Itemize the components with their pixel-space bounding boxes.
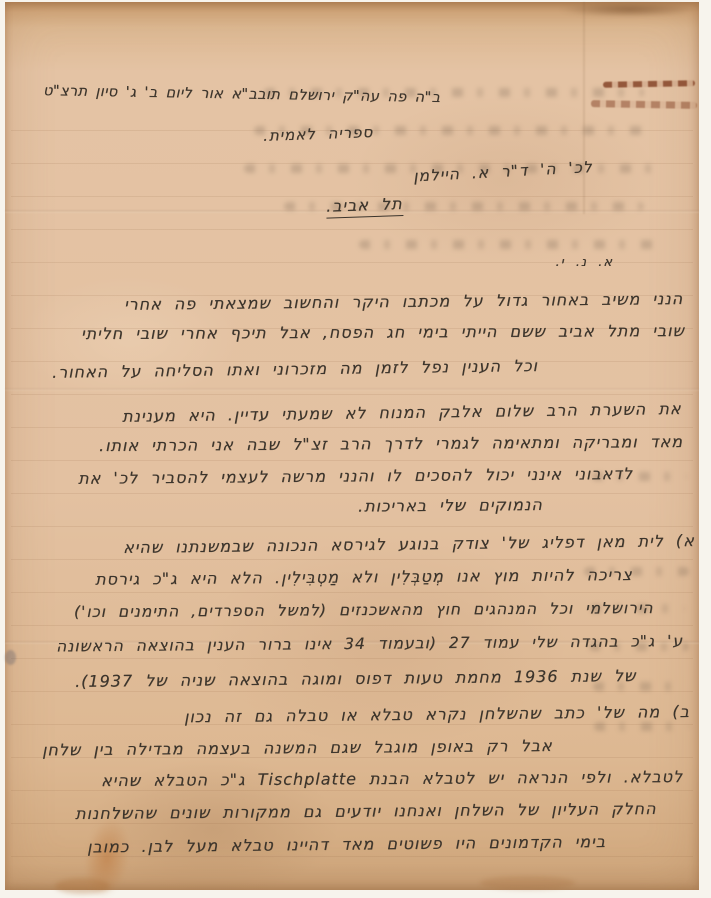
- letter-line: ע' ג"כ בהגדה שלי עמוד 27 (ובעמוד 34 אינו…: [56, 632, 683, 655]
- header-date-line: ב"ה פה עה"ק ירושלם תובב"א אור ליום ב' ג'…: [43, 83, 441, 106]
- letter-line: הנני משיב באחור גדול על מכתבו היקר והחשו…: [124, 289, 683, 314]
- recipient-line: לכ' ה' ד"ר א. היילמן: [413, 158, 593, 185]
- letter-line: שובי מתל אביב ששם הייתי בימי חג הפסח, אב…: [81, 321, 685, 343]
- fold-crease: [583, 2, 585, 214]
- letter-line: הירושלמי וכל המנהגים חוץ מהאשכנזים (למשל…: [73, 599, 653, 621]
- stain: [559, 2, 699, 17]
- letter-line: וכל הענין נפל לזמן מה מזכרוני ואתו הסליח…: [52, 356, 538, 382]
- city-line: תל אביב.: [326, 194, 403, 216]
- salutation: א. נ. י.: [556, 255, 613, 270]
- letter-line: מאד ומבריקה ומתאימה לגמרי לדרך הרב זצ"ל …: [99, 432, 683, 455]
- letter-line: א) לית מאן דפליג של' צודק בנוגע לגירסא ה…: [123, 531, 695, 557]
- letter-line: של שנת 1936 מחמת טעות דפוס ומוגה בהוצאה …: [75, 666, 636, 691]
- letter-line: החלק העליון של השלחן ואנחנו יודעים גם ממ…: [74, 799, 656, 823]
- library-line: ספריה לאמית.: [263, 123, 374, 145]
- letter-line: צריכה להיות מוץ אנו מְטַבְּלִין ולא מַטְ…: [95, 565, 633, 589]
- letter-line: בימי הקדמונים היו פשוטים מאד דהיינו טבלא…: [87, 832, 606, 856]
- bleedthrough-mark: [594, 722, 689, 731]
- letter-line: לדאבוני אינני יכול להסכים לו והנני מרשה …: [78, 464, 633, 488]
- stain: [5, 650, 16, 665]
- letter-line: הנמוקים שלי באריכות.: [358, 495, 543, 516]
- paper: ב"ה פה עה"ק ירושלם תובב"א אור ליום ב' ג'…: [5, 2, 699, 890]
- stain: [480, 876, 575, 890]
- letter-line: את השערת הרב שלום אלבק המנוח לא שמעתי עד…: [121, 399, 681, 426]
- letter-line: לטבלא. ולפי הנראה יש לטבלא הבנת Tischpla…: [101, 767, 683, 790]
- ink-smudge: [603, 80, 695, 88]
- stain: [55, 878, 110, 894]
- letter-line: אבל רק באופן מוגבל שגם המשנה בעצמה מבדיל…: [42, 736, 553, 759]
- letter-scan: ב"ה פה עה"ק ירושלם תובב"א אור ליום ב' ג'…: [0, 0, 711, 898]
- bleedthrough-mark: [359, 240, 659, 249]
- ink-smudge: [591, 100, 697, 109]
- fold-crease: [5, 388, 699, 391]
